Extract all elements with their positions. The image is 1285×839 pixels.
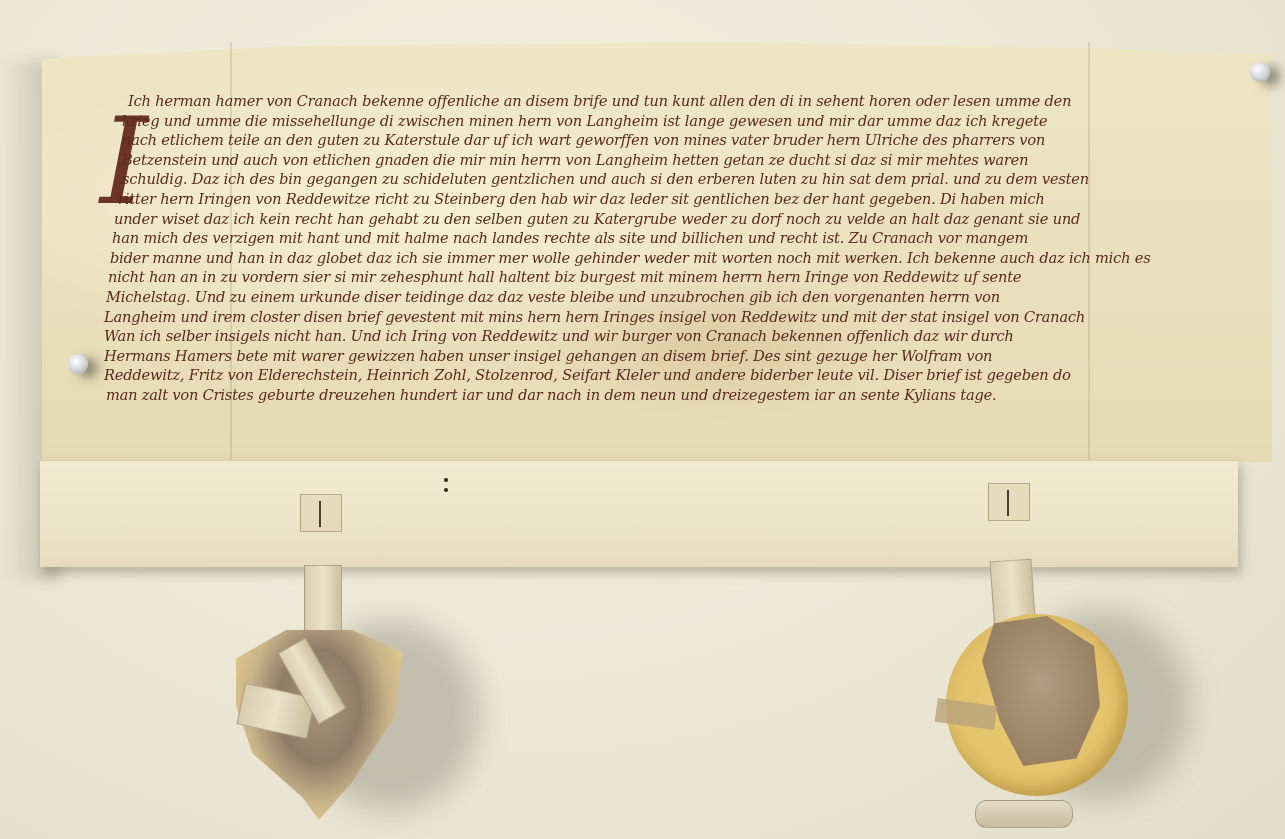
- text-line: Reddewitz, Fritz von Elderechstein, Hein…: [100, 366, 1220, 386]
- text-line: bider manne und han in daz globet daz ic…: [100, 249, 1220, 269]
- text-line: ritter hern Iringen von Reddewitze richt…: [100, 190, 1220, 210]
- text-line: nach etlichem teile an den guten zu Kate…: [100, 131, 1220, 151]
- mounting-pin-icon: [1250, 62, 1270, 82]
- text-line: Betzenstein und auch von etlichen gnaden…: [100, 151, 1220, 171]
- text-line: Hermans Hamers bete mit warer gewizzen h…: [100, 347, 1220, 367]
- charter-text: Ich herman hamer von Cranach bekenne off…: [100, 92, 1220, 406]
- text-line: man zalt von Cristes geburte dreuzehen h…: [100, 386, 1220, 406]
- text-line: Ich herman hamer von Cranach bekenne off…: [100, 92, 1220, 112]
- plica-turnup: [40, 460, 1238, 567]
- seal-slit-left: [300, 494, 342, 532]
- text-line: schuldig. Daz ich des bin gegangen zu sc…: [100, 170, 1220, 190]
- text-line: Wan ich selber insigels nicht han. Und i…: [100, 327, 1220, 347]
- ink-dots: [444, 478, 448, 498]
- text-line: under wiset daz ich kein recht han gehab…: [100, 210, 1220, 230]
- seal-slit-right: [988, 483, 1030, 521]
- text-line: han mich des verzigen mit hant und mit h…: [100, 229, 1220, 249]
- seal-strap-loop: [975, 800, 1073, 828]
- text-line: nicht han an in zu vordern sier si mir z…: [100, 268, 1220, 288]
- text-line: Langheim und irem closter disen brief ge…: [100, 308, 1220, 328]
- mounting-pin-icon: [68, 354, 88, 374]
- text-line: krieg und umme die missehellunge di zwis…: [100, 112, 1220, 132]
- text-line: Michelstag. Und zu einem urkunde diser t…: [100, 288, 1220, 308]
